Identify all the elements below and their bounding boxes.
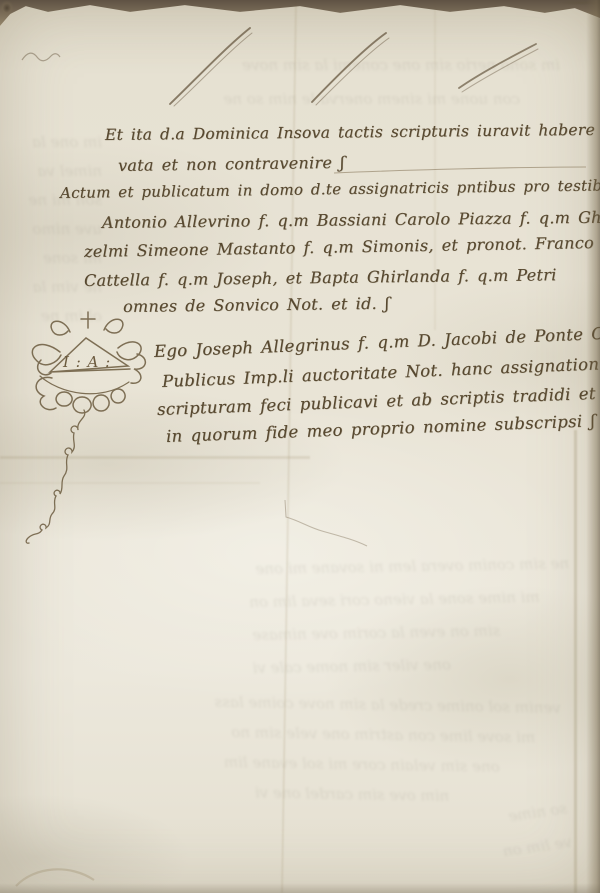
notary-sign-curl-left-top xyxy=(51,321,70,335)
top-left-corner-stain xyxy=(0,0,46,40)
text-line-actum-5: omnes de Sonvico Not. et id. ʃ xyxy=(123,294,390,316)
ink-scribble-top-left xyxy=(22,53,60,61)
notary-sign-loops-left xyxy=(32,345,61,375)
notary-sign-loops-right xyxy=(117,342,145,383)
page-bottom-edge xyxy=(0,883,600,893)
manuscript-page: im sono nerio sim one conemi la sim nove… xyxy=(0,0,600,893)
text-line-oath-2: vata et non contravenire ʃ xyxy=(118,153,345,175)
cancellation-slashes xyxy=(170,28,538,106)
notary-monogram: I : A : xyxy=(62,353,111,371)
notary-sign xyxy=(26,312,145,543)
notary-sign-garland-swash xyxy=(40,376,129,394)
cancellation-slash-1 xyxy=(170,28,250,104)
notary-sign-garland-loops xyxy=(56,389,125,413)
cancellation-slash-1b xyxy=(174,33,252,106)
notary-sign-flourish-tail xyxy=(26,410,85,543)
cancellation-slash-2b xyxy=(316,38,389,105)
cancellation-slash-3 xyxy=(459,44,536,88)
cancellation-slash-2 xyxy=(312,33,386,102)
ink-filler-line xyxy=(334,167,586,173)
paper-crack xyxy=(285,500,367,546)
page-right-edge xyxy=(586,0,600,893)
notary-sign-curl-right-top xyxy=(104,319,123,333)
notary-sign-garland-left xyxy=(36,377,56,409)
notary-sign-cross xyxy=(81,312,95,328)
cancellation-slash-3b xyxy=(462,49,538,92)
